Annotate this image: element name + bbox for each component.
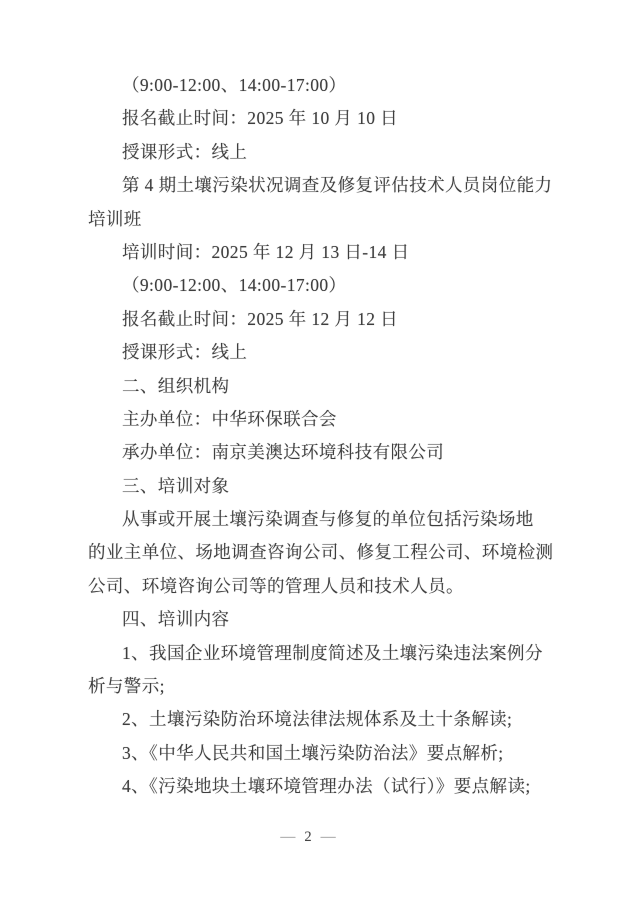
footer-right-dash: — xyxy=(321,829,336,845)
line-host-unit: 主办单位：中华环保联合会 xyxy=(88,403,556,436)
line-content-item4: 4、《污染地块土壤环境管理办法（试行）》要点解读; xyxy=(88,770,556,803)
page-footer: —2— xyxy=(0,826,626,848)
line-trainees-1: 从事或开展土壤污染调查与修复的单位包括污染场地 xyxy=(88,503,556,536)
line-heading-organization: 二、组织机构 xyxy=(88,370,556,403)
line-course4-format: 授课形式：线上 xyxy=(88,336,556,369)
page-number: 2 xyxy=(304,829,311,845)
line-course4-title-2: 培训班 xyxy=(88,203,556,236)
line-course4-hours: （9:00-12:00、14:00-17:00） xyxy=(88,269,556,302)
line-course4-time: 培训时间：2025 年 12 月 13 日-14 日 xyxy=(88,236,556,269)
line-content-item3: 3、《中华人民共和国土壤污染防治法》要点解析; xyxy=(88,737,556,770)
document-page: （9:00-12:00、14:00-17:00） 报名截止时间：2025 年 1… xyxy=(0,0,636,900)
document-body: （9:00-12:00、14:00-17:00） 报名截止时间：2025 年 1… xyxy=(88,69,556,804)
line-format-1: 授课形式：线上 xyxy=(88,136,556,169)
line-trainees-3: 公司、环境咨询公司等的管理人员和技术人员。 xyxy=(88,570,556,603)
line-heading-content: 四、培训内容 xyxy=(88,603,556,636)
line-content-item1-1: 1、我国企业环境管理制度简述及土壤污染违法案例分 xyxy=(88,637,556,670)
line-hours-1: （9:00-12:00、14:00-17:00） xyxy=(88,69,556,102)
line-content-item1-2: 析与警示; xyxy=(88,670,556,703)
line-content-item2: 2、土壤污染防治环境法律法规体系及土十条解读; xyxy=(88,703,556,736)
line-deadline-1: 报名截止时间：2025 年 10 月 10 日 xyxy=(88,102,556,135)
line-heading-trainees: 三、培训对象 xyxy=(88,470,556,503)
line-organizer-unit: 承办单位：南京美澳达环境科技有限公司 xyxy=(88,436,556,469)
line-trainees-2: 的业主单位、场地调查咨询公司、修复工程公司、环境检测 xyxy=(88,536,556,569)
footer-left-dash: — xyxy=(280,829,295,845)
line-course4-title-1: 第 4 期土壤污染状况调查及修复评估技术人员岗位能力 xyxy=(88,169,556,202)
line-course4-deadline: 报名截止时间：2025 年 12 月 12 日 xyxy=(88,303,556,336)
